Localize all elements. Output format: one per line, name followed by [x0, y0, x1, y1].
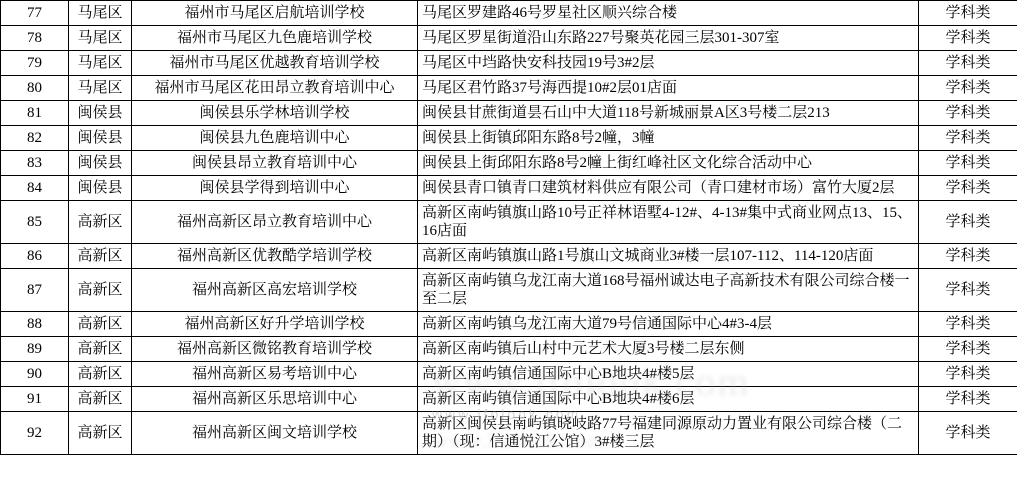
row-number-cell: 84	[1, 176, 69, 201]
address-cell: 高新区南屿镇后山村中元艺术大厦3号楼二层东侧	[418, 337, 919, 362]
training-schools-table: 77 马尾区 福州市马尾区启航培训学校 马尾区罗建路46号罗星社区顺兴综合楼 学…	[0, 0, 1017, 455]
row-number-cell: 88	[1, 312, 69, 337]
table-row: 87 高新区 福州高新区高宏培训学校 高新区南屿镇乌龙江南大道168号福州诚达电…	[1, 269, 1017, 312]
category-cell: 学科类	[919, 26, 1017, 51]
row-number-cell: 77	[1, 1, 69, 26]
row-number-cell: 83	[1, 151, 69, 176]
table-row: 78 马尾区 福州市马尾区九色鹿培训学校 马尾区罗星街道沿山东路227号聚英花园…	[1, 26, 1017, 51]
table-row: 84 闽侯县 闽侯县学得到培训中心 闽侯县青口镇青口建筑材料供应有限公司（青口建…	[1, 176, 1017, 201]
table-row: 86 高新区 福州高新区优教酷学培训学校 高新区南屿镇旗山路1号旗山文城商业3#…	[1, 244, 1017, 269]
address-cell: 马尾区中垱路快安科技园19号3#2层	[418, 51, 919, 76]
address-cell: 马尾区罗建路46号罗星社区顺兴综合楼	[418, 1, 919, 26]
school-name-cell: 福州市马尾区九色鹿培训学校	[132, 26, 418, 51]
district-cell: 高新区	[69, 412, 132, 455]
table-row: 89 高新区 福州高新区微铭教育培训学校 高新区南屿镇后山村中元艺术大厦3号楼二…	[1, 337, 1017, 362]
category-cell: 学科类	[919, 362, 1017, 387]
row-number-cell: 82	[1, 126, 69, 151]
address-cell: 闽侯县上街邱阳东路8号2幢上街红峰社区文化综合活动中心	[418, 151, 919, 176]
table-row: 82 闽侯县 闽侯县九色鹿培训中心 闽侯县上街镇邱阳东路8号2幢，3幢 学科类	[1, 126, 1017, 151]
district-cell: 高新区	[69, 269, 132, 312]
table-row: 91 高新区 福州高新区乐思培训中心 高新区南屿镇信通国际中心B地块4#楼6层 …	[1, 387, 1017, 412]
table-row: 83 闽侯县 闽侯县昂立教育培训中心 闽侯县上街邱阳东路8号2幢上街红峰社区文化…	[1, 151, 1017, 176]
row-number-cell: 85	[1, 201, 69, 244]
district-cell: 高新区	[69, 362, 132, 387]
table-row: 88 高新区 福州高新区好升学培训学校 高新区南屿镇乌龙江南大道79号信通国际中…	[1, 312, 1017, 337]
district-cell: 马尾区	[69, 51, 132, 76]
school-name-cell: 福州高新区昂立教育培训中心	[132, 201, 418, 244]
category-cell: 学科类	[919, 244, 1017, 269]
category-cell: 学科类	[919, 387, 1017, 412]
school-name-cell: 闽侯县学得到培训中心	[132, 176, 418, 201]
table-row: 77 马尾区 福州市马尾区启航培训学校 马尾区罗建路46号罗星社区顺兴综合楼 学…	[1, 1, 1017, 26]
category-cell: 学科类	[919, 412, 1017, 455]
address-cell: 高新区南屿镇信通国际中心B地块4#楼5层	[418, 362, 919, 387]
school-name-cell: 福州高新区闽文培训学校	[132, 412, 418, 455]
district-cell: 马尾区	[69, 1, 132, 26]
address-cell: 高新区南屿镇旗山路10号正祥林语墅4-12#、4-13#集中式商业网点13、15…	[418, 201, 919, 244]
school-name-cell: 福州高新区好升学培训学校	[132, 312, 418, 337]
address-cell: 高新区南屿镇乌龙江南大道79号信通国际中心4#3-4层	[418, 312, 919, 337]
category-cell: 学科类	[919, 337, 1017, 362]
row-number-cell: 90	[1, 362, 69, 387]
address-cell: 高新区南屿镇乌龙江南大道168号福州诚达电子高新技术有限公司综合楼一至二层	[418, 269, 919, 312]
category-cell: 学科类	[919, 312, 1017, 337]
table-row: 80 马尾区 福州市马尾区花田昂立教育培训中心 马尾区君竹路37号海西提10#2…	[1, 76, 1017, 101]
district-cell: 马尾区	[69, 26, 132, 51]
address-cell: 闽侯县上街镇邱阳东路8号2幢，3幢	[418, 126, 919, 151]
school-name-cell: 闽侯县昂立教育培训中心	[132, 151, 418, 176]
district-cell: 闽侯县	[69, 101, 132, 126]
school-name-cell: 福州高新区高宏培训学校	[132, 269, 418, 312]
school-name-cell: 福州高新区优教酷学培训学校	[132, 244, 418, 269]
category-cell: 学科类	[919, 51, 1017, 76]
category-cell: 学科类	[919, 201, 1017, 244]
district-cell: 高新区	[69, 201, 132, 244]
district-cell: 高新区	[69, 312, 132, 337]
district-cell: 闽侯县	[69, 176, 132, 201]
district-cell: 高新区	[69, 387, 132, 412]
category-cell: 学科类	[919, 76, 1017, 101]
row-number-cell: 81	[1, 101, 69, 126]
table-body: 77 马尾区 福州市马尾区启航培训学校 马尾区罗建路46号罗星社区顺兴综合楼 学…	[1, 1, 1017, 455]
school-name-cell: 福州市马尾区启航培训学校	[132, 1, 418, 26]
row-number-cell: 87	[1, 269, 69, 312]
row-number-cell: 86	[1, 244, 69, 269]
category-cell: 学科类	[919, 101, 1017, 126]
table-row: 81 闽侯县 闽侯县乐学林培训学校 闽侯县甘蔗街道昙石山中大道118号新城丽景A…	[1, 101, 1017, 126]
address-cell: 闽侯县甘蔗街道昙石山中大道118号新城丽景A区3号楼二层213	[418, 101, 919, 126]
address-cell: 高新区闽侯县南屿镇晓岐路77号福建同源原动力置业有限公司综合楼（二期）（现：信通…	[418, 412, 919, 455]
school-name-cell: 福州高新区微铭教育培训学校	[132, 337, 418, 362]
table-row: 92 高新区 福州高新区闽文培训学校 高新区闽侯县南屿镇晓岐路77号福建同源原动…	[1, 412, 1017, 455]
row-number-cell: 80	[1, 76, 69, 101]
category-cell: 学科类	[919, 269, 1017, 312]
row-number-cell: 78	[1, 26, 69, 51]
table-row: 85 高新区 福州高新区昂立教育培训中心 高新区南屿镇旗山路10号正祥林语墅4-…	[1, 201, 1017, 244]
row-number-cell: 91	[1, 387, 69, 412]
category-cell: 学科类	[919, 1, 1017, 26]
address-cell: 高新区南屿镇旗山路1号旗山文城商业3#楼一层107-112、114-120店面	[418, 244, 919, 269]
school-name-cell: 福州市马尾区优越教育培训学校	[132, 51, 418, 76]
district-cell: 闽侯县	[69, 151, 132, 176]
category-cell: 学科类	[919, 176, 1017, 201]
school-name-cell: 福州市马尾区花田昂立教育培训中心	[132, 76, 418, 101]
table-row: 90 高新区 福州高新区易考培训中心 高新区南屿镇信通国际中心B地块4#楼5层 …	[1, 362, 1017, 387]
category-cell: 学科类	[919, 126, 1017, 151]
school-name-cell: 闽侯县乐学林培训学校	[132, 101, 418, 126]
school-name-cell: 闽侯县九色鹿培训中心	[132, 126, 418, 151]
row-number-cell: 92	[1, 412, 69, 455]
district-cell: 高新区	[69, 337, 132, 362]
address-cell: 马尾区君竹路37号海西提10#2层01店面	[418, 76, 919, 101]
district-cell: 高新区	[69, 244, 132, 269]
address-cell: 马尾区罗星街道沿山东路227号聚英花园三层301-307室	[418, 26, 919, 51]
category-cell: 学科类	[919, 151, 1017, 176]
row-number-cell: 79	[1, 51, 69, 76]
row-number-cell: 89	[1, 337, 69, 362]
address-cell: 高新区南屿镇信通国际中心B地块4#楼6层	[418, 387, 919, 412]
district-cell: 闽侯县	[69, 126, 132, 151]
school-name-cell: 福州高新区乐思培训中心	[132, 387, 418, 412]
table-row: 79 马尾区 福州市马尾区优越教育培训学校 马尾区中垱路快安科技园19号3#2层…	[1, 51, 1017, 76]
district-cell: 马尾区	[69, 76, 132, 101]
school-name-cell: 福州高新区易考培训中心	[132, 362, 418, 387]
address-cell: 闽侯县青口镇青口建筑材料供应有限公司（青口建材市场）富竹大厦2层	[418, 176, 919, 201]
